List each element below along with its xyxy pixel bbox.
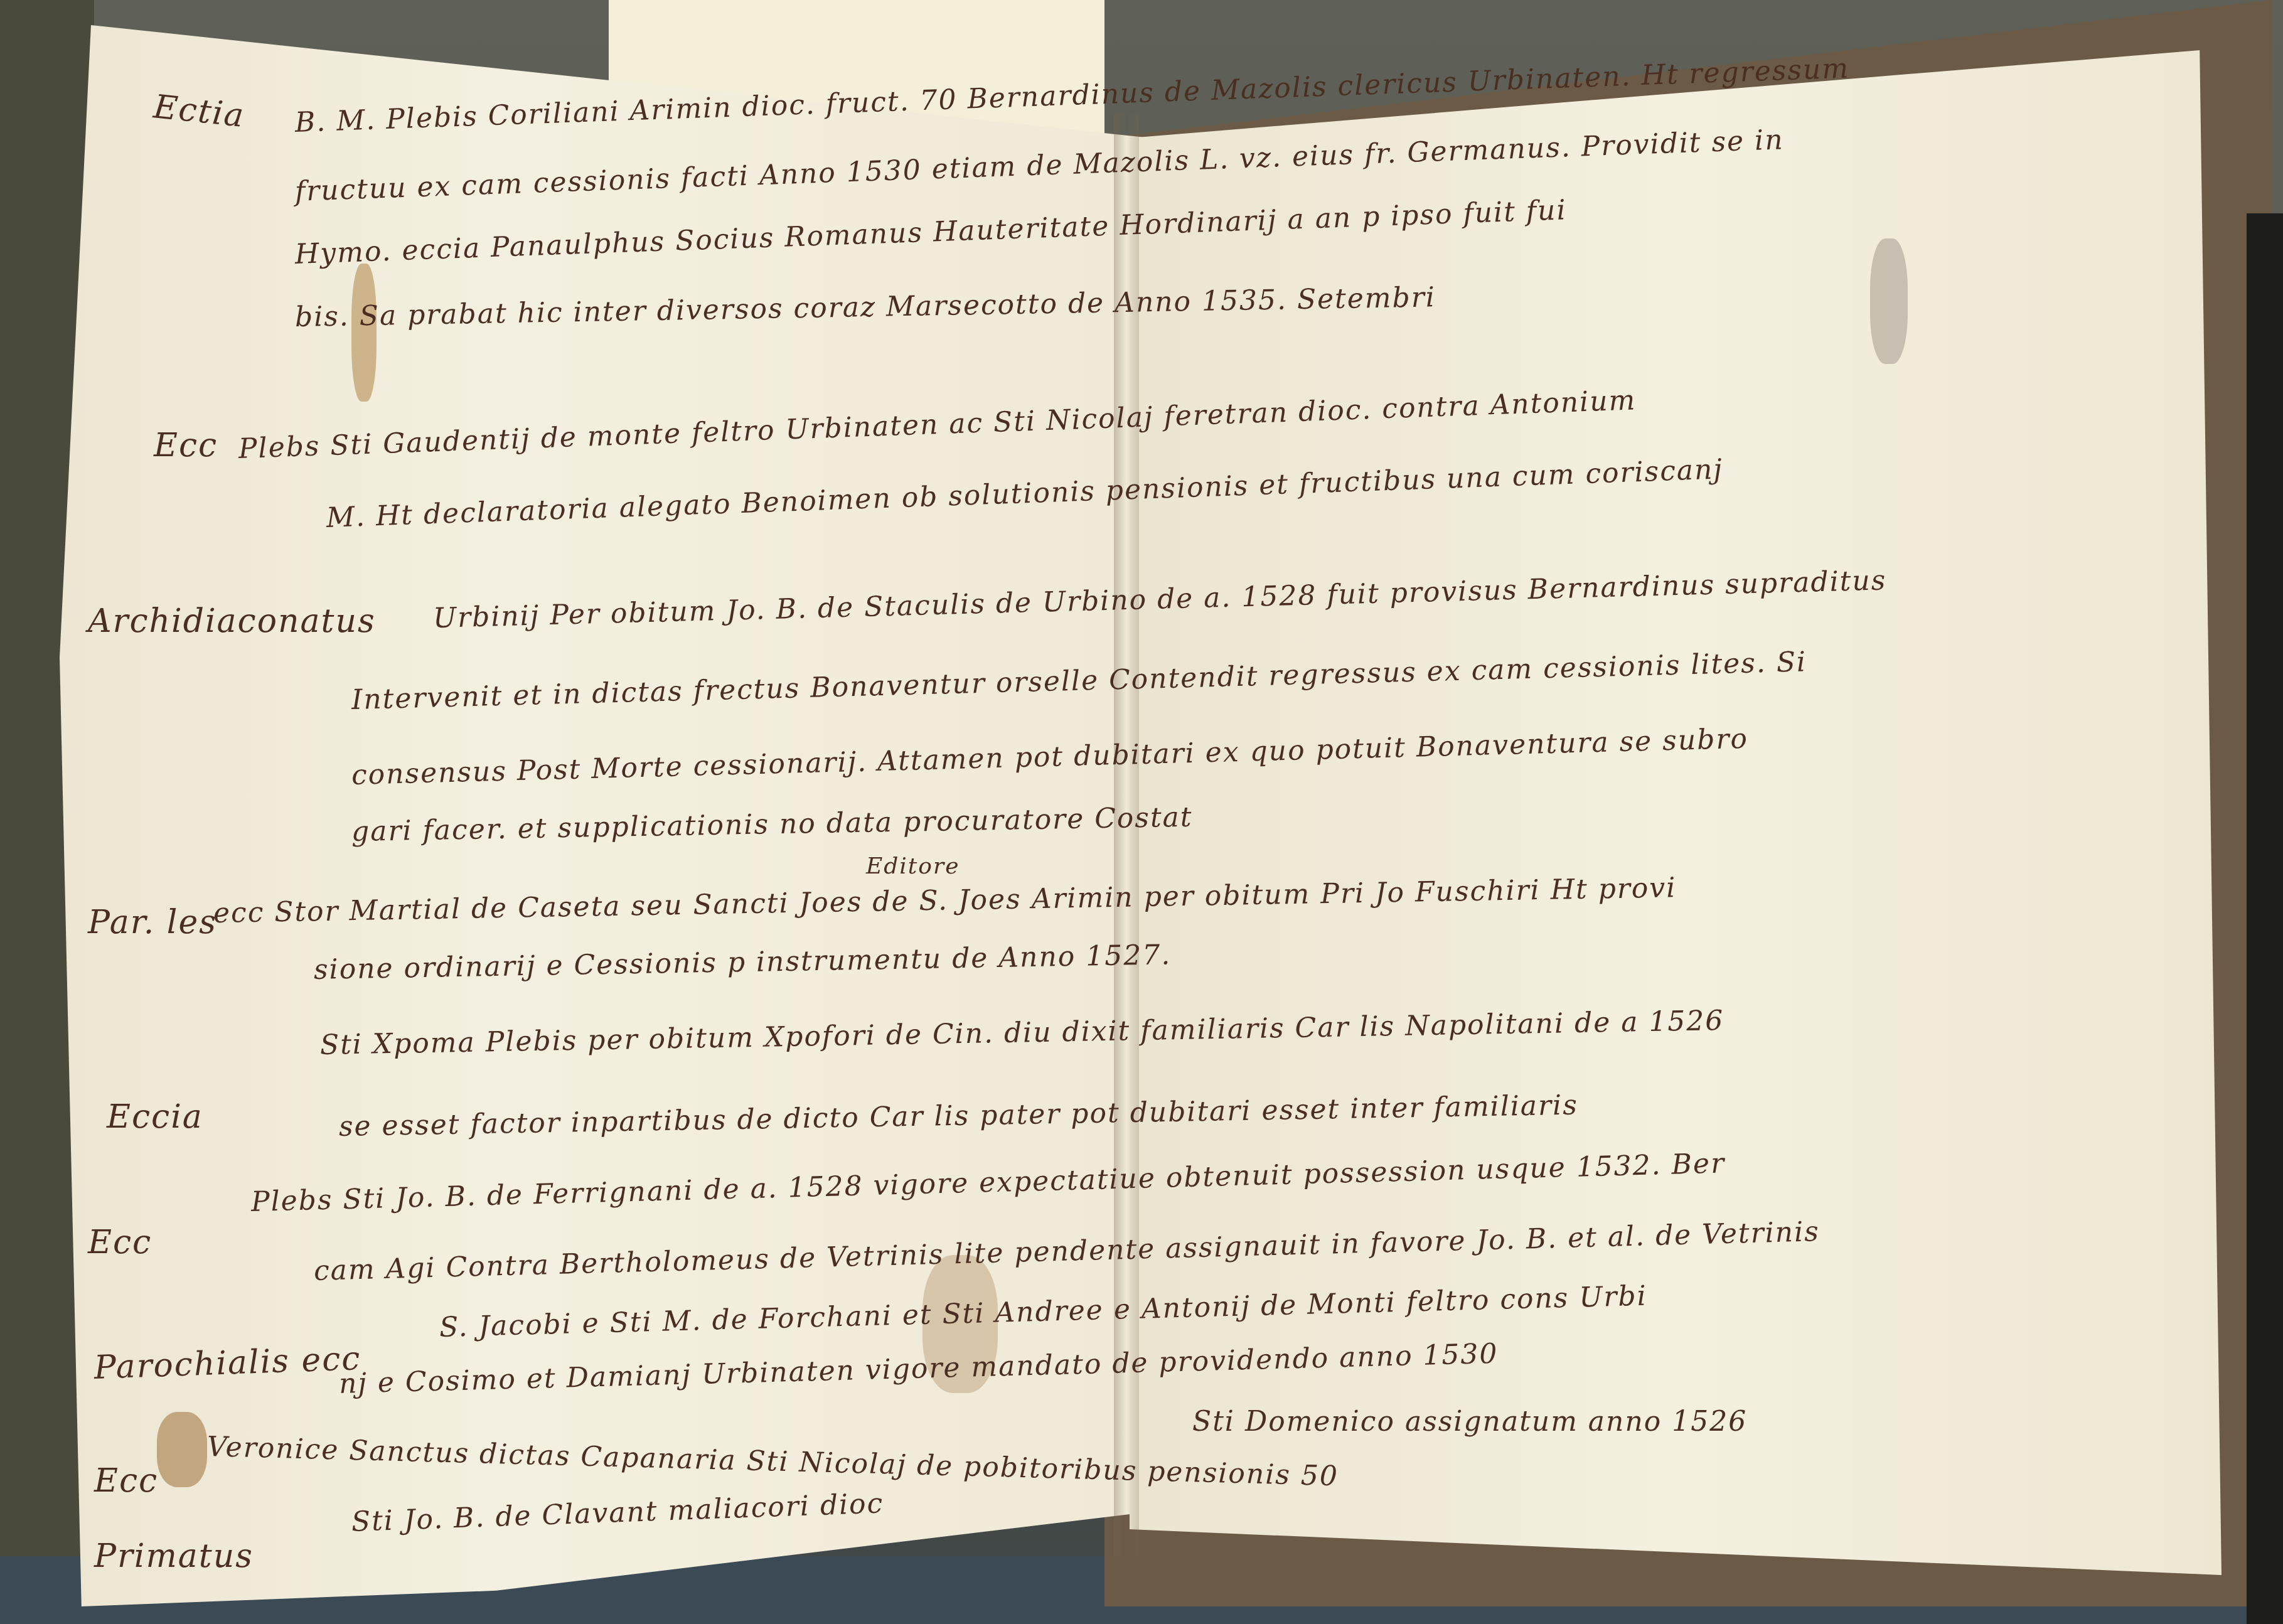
text-line: Sti Domenico assignatum anno 1526 [1192,1406,1747,1438]
margin-heading: Par. les [88,904,217,941]
margin-heading: Ecc [88,1224,152,1261]
ink-stain [157,1412,207,1487]
margin-heading: Primatus [94,1537,254,1575]
ink-stain [1870,238,1908,364]
margin-heading: Ecc [154,427,218,464]
book-gutter [1114,113,1139,1556]
margin-heading: Archidiaconatus [88,602,376,640]
margin-heading: Eccia [107,1098,203,1136]
margin-heading: Ecc [94,1462,158,1500]
superscript-note: Editore [866,853,960,879]
binding-edge [2247,213,2283,1624]
ink-stain [351,264,377,402]
